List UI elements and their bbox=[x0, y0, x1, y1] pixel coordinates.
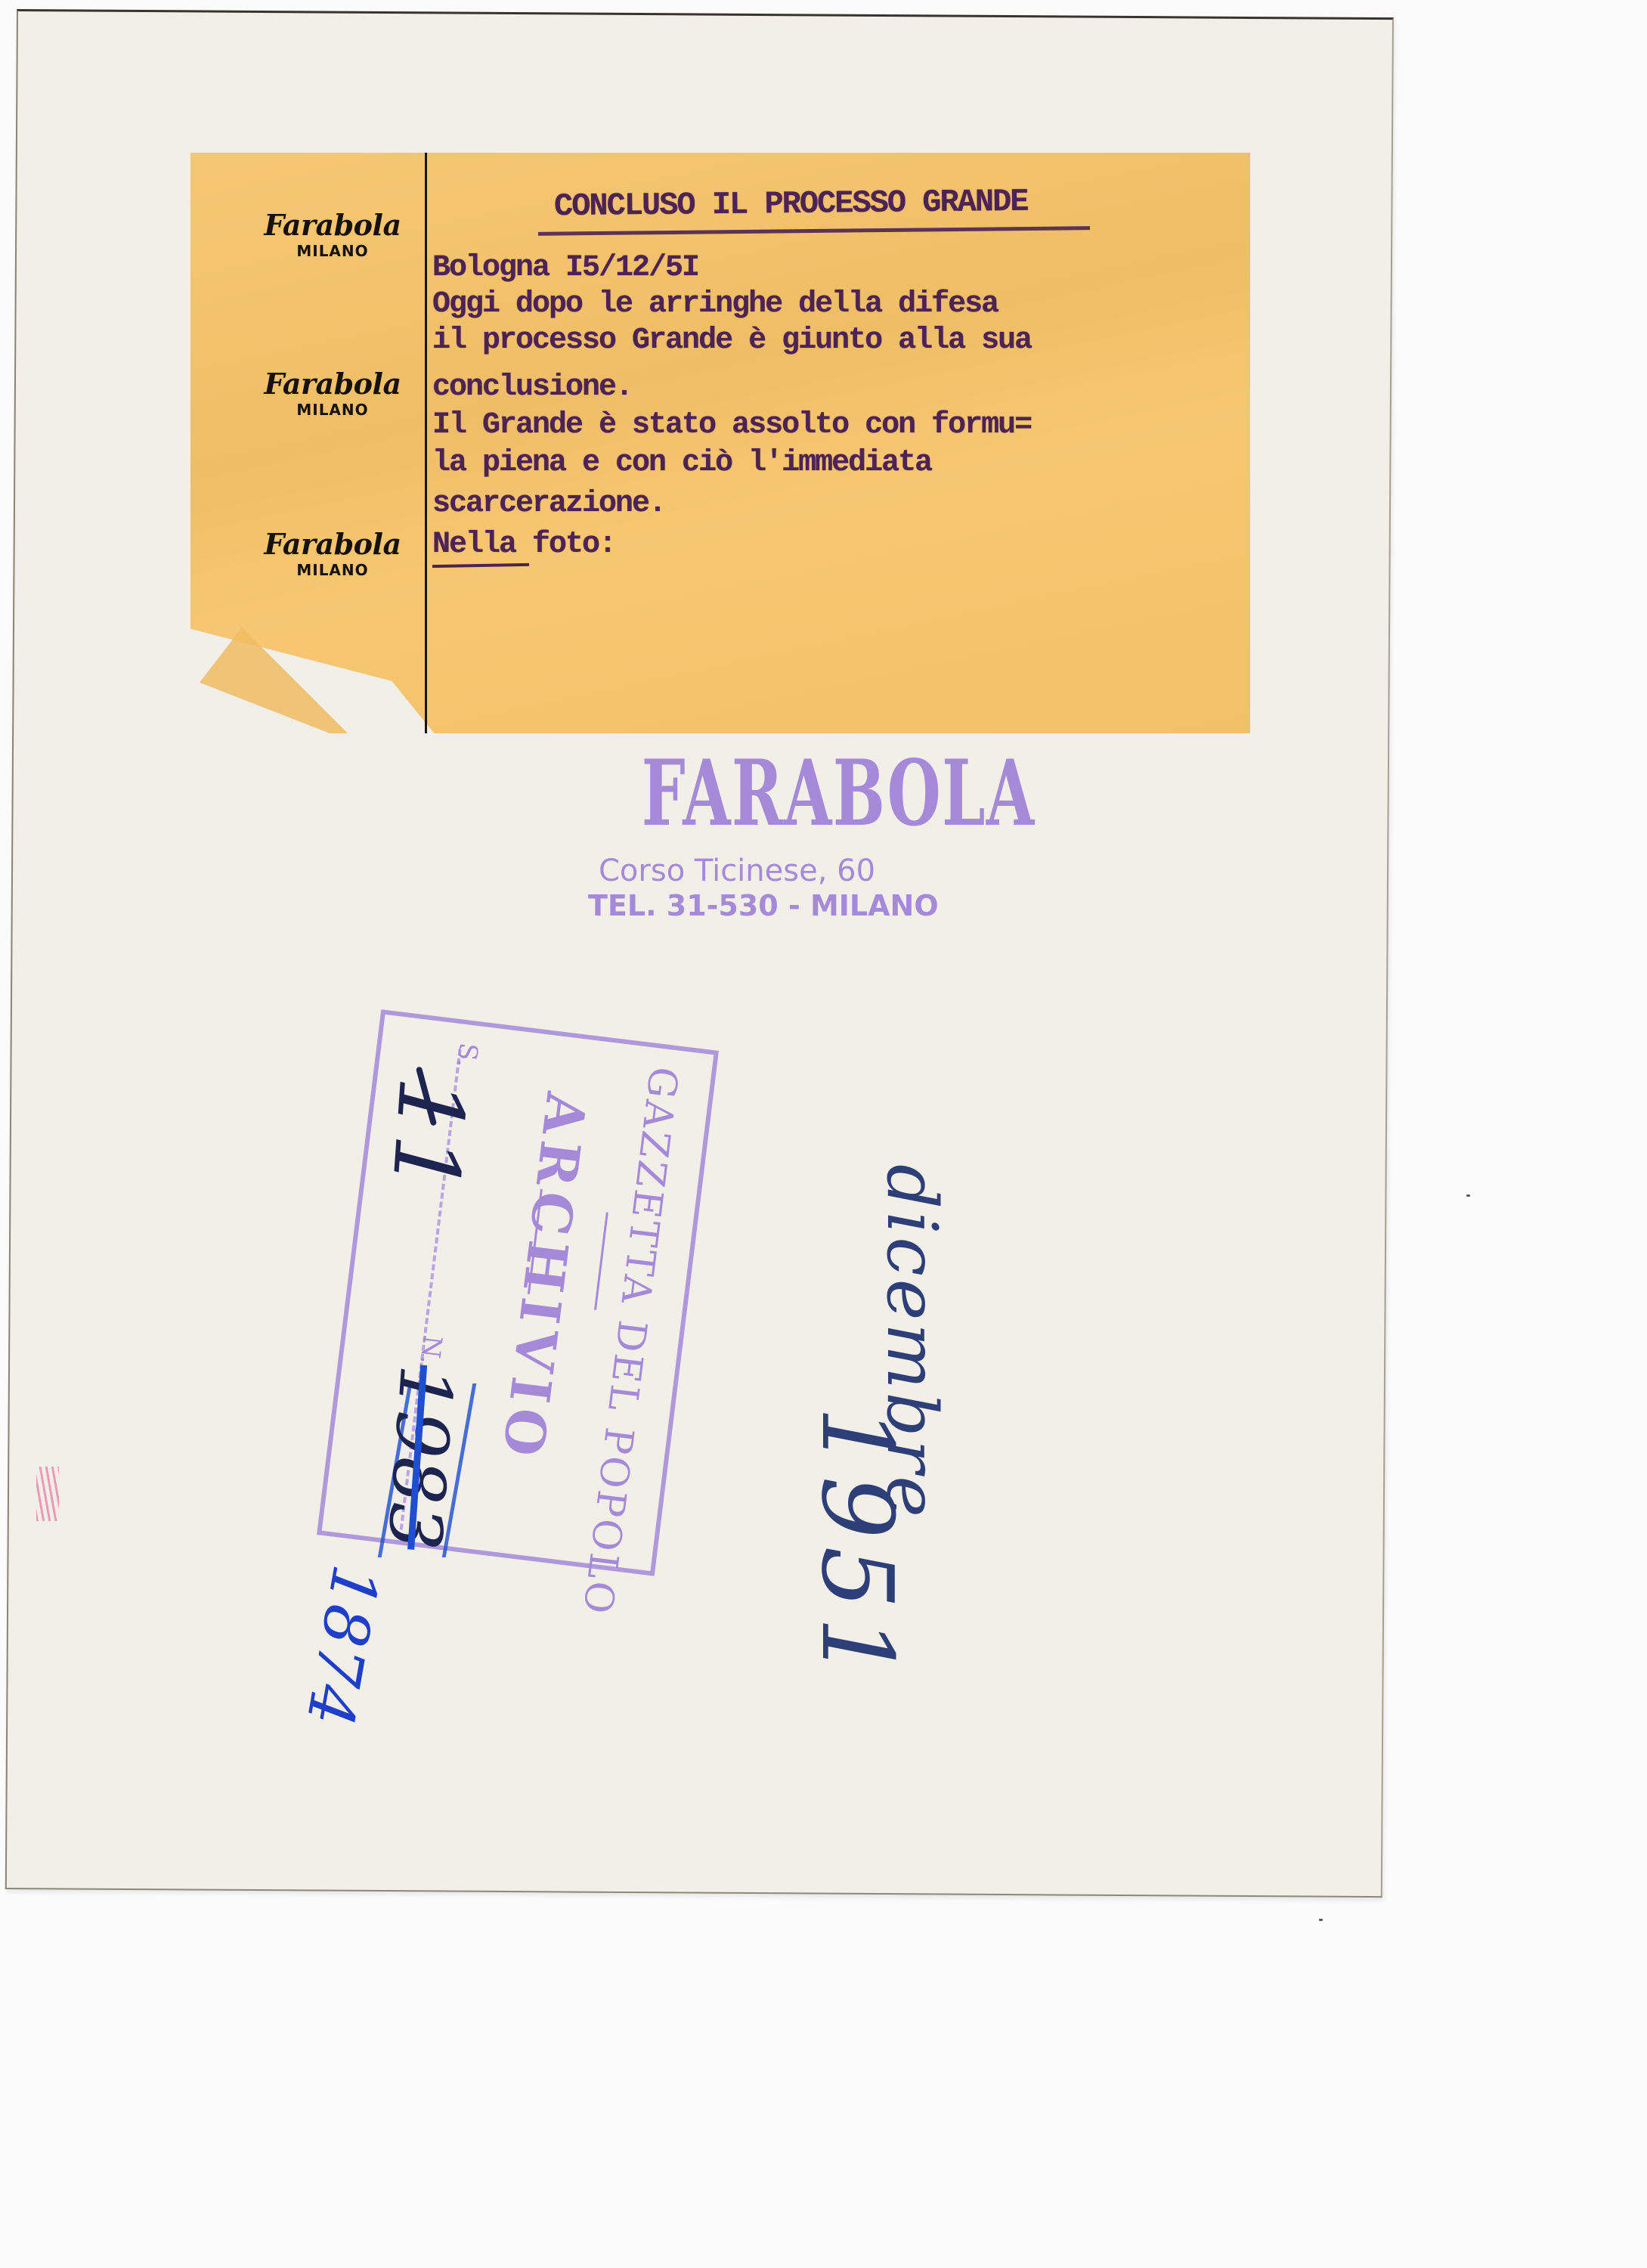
stamp-agency-name: FARABOLA bbox=[642, 741, 888, 847]
logo-city: MILANO bbox=[257, 401, 408, 419]
stamp-phone: TEL. 31-530 - MILANO bbox=[588, 889, 946, 922]
caption-line-8: Nella foto: bbox=[432, 528, 615, 562]
farabola-logo-1: Farabola MILANO bbox=[257, 209, 408, 260]
handwritten-archive-number: 1983 bbox=[371, 1362, 469, 1553]
caption-line-1: Bologna I5/12/5I bbox=[432, 251, 698, 285]
caption-line-2: Oggi dopo le arringhe della difesa bbox=[432, 287, 998, 321]
dust-speck bbox=[1319, 1919, 1323, 1921]
logo-name: Farabola bbox=[257, 209, 408, 242]
logo-city: MILANO bbox=[257, 242, 408, 260]
caption-title: CONCLUSO IL PROCESSO GRANDE bbox=[554, 184, 1028, 225]
archive-number-field: N. bbox=[414, 1334, 447, 1366]
caption-line-7: scarcerazione. bbox=[432, 487, 665, 521]
caption-line-3: il processo Grande è giunto alla sua bbox=[432, 324, 1031, 358]
logo-name: Farabola bbox=[257, 367, 408, 401]
caption-line-5: Il Grande è stato assolto con formu= bbox=[432, 408, 1031, 442]
logo-city: MILANO bbox=[257, 561, 408, 579]
farabola-logo-3: Farabola MILANO bbox=[257, 528, 408, 579]
caption-line-6: la piena e con ciò l'immediata bbox=[432, 446, 931, 480]
archive-section-field: S. bbox=[450, 1041, 484, 1070]
farabola-stamp: FARABOLA Corso Ticinese, 60 TEL. 31-530 … bbox=[584, 741, 946, 922]
handwritten-section: 11 bbox=[371, 1074, 484, 1196]
stamp-address: Corso Ticinese, 60 bbox=[599, 853, 946, 889]
logo-name: Farabola bbox=[257, 528, 408, 561]
pink-ink-mark bbox=[36, 1467, 59, 1521]
dust-speck bbox=[1466, 1194, 1470, 1197]
farabola-logo-2: Farabola MILANO bbox=[257, 367, 408, 419]
caption-line-4: conclusione. bbox=[432, 370, 632, 404]
label-divider bbox=[425, 153, 427, 733]
handwritten-year: 1951 bbox=[800, 1406, 915, 1687]
